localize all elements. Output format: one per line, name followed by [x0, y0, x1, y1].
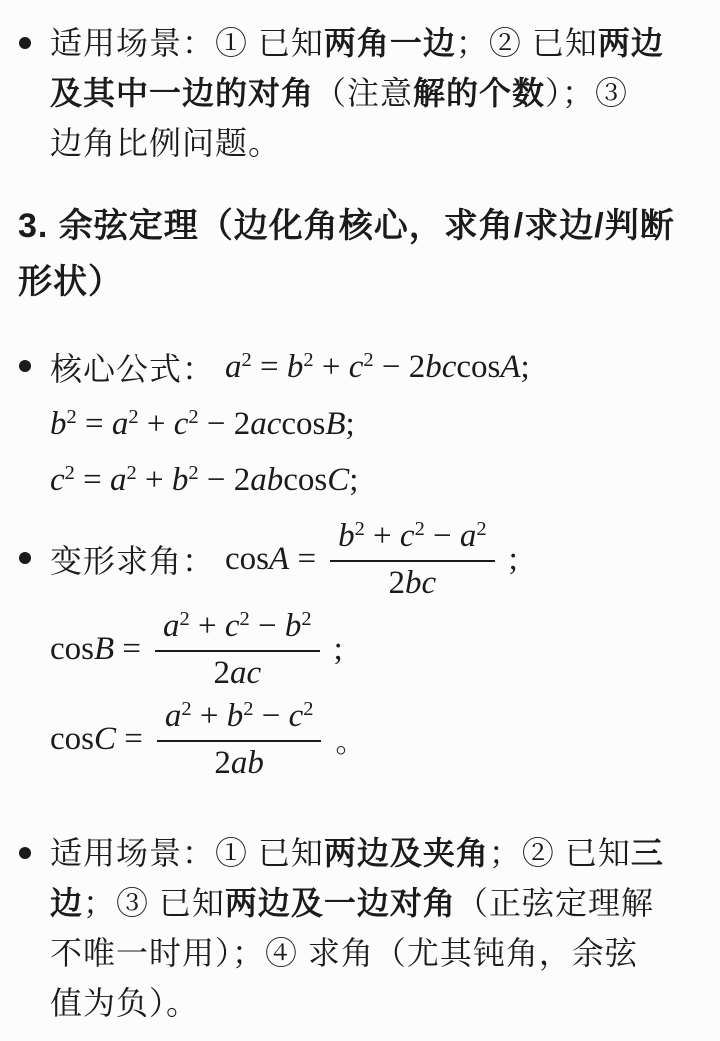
cos-a-fraction: b2 + c2 − a2 2bc: [330, 516, 495, 602]
text-segment: 适用场景：① 已知: [50, 25, 324, 61]
bullet-dot: [19, 552, 31, 564]
text-line: 适用场景：① 已知两角一边；② 已知两边: [50, 18, 720, 68]
bullet-cosine-usage: 适用场景：① 已知两边及夹角；② 已知三 边；③ 已知两边及一边对角（正弦定理解…: [0, 828, 720, 1028]
cos-b-fraction: a2 + c2 − b2 2ac: [155, 606, 320, 692]
sentence-end-mark: 。: [335, 717, 365, 761]
text-segment-bold: 两边及一边对角: [225, 885, 456, 921]
bullet-dot: [19, 360, 31, 372]
text-segment: ；② 已知: [489, 835, 631, 871]
fraction-denominator: 2bc: [389, 562, 437, 602]
fraction-denominator: 2ac: [214, 652, 262, 692]
text-segment: （注意: [314, 75, 413, 111]
bullet-core-formulas: 核心公式： a2 = b2 + c2 − 2bccosA; b2 = a2 + …: [0, 338, 720, 508]
formula-b-squared: b2 = a2 + c2 − 2accosB;: [50, 406, 355, 443]
text-line: 适用场景：① 已知两边及夹角；② 已知三: [50, 828, 720, 878]
text-segment-bold: 两边及夹角: [324, 835, 489, 871]
text-segment-bold: 三: [631, 835, 664, 871]
text-segment: （正弦定理解: [456, 885, 654, 921]
text-line: 边；③ 已知两边及一边对角（正弦定理解: [50, 878, 720, 928]
section-heading-cosine-rule: 3. 余弦定理（边化角核心，求角/求边/判断 形状）: [18, 198, 720, 310]
cos-a-row: 变形求角： cosA = b2 + c2 − a2 2bc ;: [50, 516, 720, 602]
core-formula-label: 核心公式：: [50, 344, 215, 390]
text-segment-bold: 两角一边: [324, 25, 456, 61]
text-segment: 边角比例问题。: [50, 125, 281, 161]
cos-b-lead: cosB =: [50, 631, 141, 668]
fraction-numerator: a2 + b2 − c2: [157, 696, 322, 742]
bullet-dot: [19, 37, 31, 49]
deform-label: 变形求角：: [50, 536, 215, 582]
heading-line: 3. 余弦定理（边化角核心，求角/求边/判断: [18, 198, 720, 254]
formula-separator: ;: [334, 631, 343, 668]
bullet-angle-forms: 变形求角： cosA = b2 + c2 − a2 2bc ; cosB = a…: [0, 516, 720, 782]
text-segment-bold: 边: [50, 885, 83, 921]
text-segment-bold: 解的个数: [413, 75, 545, 111]
formula-c-squared: c2 = a2 + b2 − 2abcosC;: [50, 462, 358, 499]
cos-c-fraction: a2 + b2 − c2 2ab: [157, 696, 322, 782]
text-segment: ）；③: [545, 75, 628, 111]
text-segment: 不唯一时用）；④ 求角（尤其钝角，余弦: [50, 935, 638, 971]
text-line: 不唯一时用）；④ 求角（尤其钝角，余弦: [50, 928, 720, 978]
text-line: 值为负）。: [50, 978, 720, 1028]
text-line: 及其中一边的对角（注意解的个数）；③: [50, 68, 720, 118]
text-segment: ；② 已知: [456, 25, 598, 61]
bullet-dot: [19, 847, 31, 859]
cos-c-lead: cosC =: [50, 721, 143, 758]
formula-a-squared: a2 = b2 + c2 − 2bccosA;: [225, 349, 530, 386]
formula-row-b: b2 = a2 + c2 − 2accosB;: [50, 396, 720, 452]
text-segment-bold: 两边: [598, 25, 664, 61]
cos-b-row: cosB = a2 + c2 − b2 2ac ;: [50, 606, 720, 692]
formula-row-c: c2 = a2 + b2 − 2abcosC;: [50, 452, 720, 508]
text-segment: 值为负）。: [50, 985, 199, 1021]
fraction-numerator: b2 + c2 − a2: [330, 516, 495, 562]
math-notes-page: 适用场景：① 已知两角一边；② 已知两边 及其中一边的对角（注意解的个数）；③ …: [0, 0, 720, 1041]
cos-c-row: cosC = a2 + b2 − c2 2ab 。: [50, 696, 720, 782]
bullet-sine-usage: 适用场景：① 已知两角一边；② 已知两边 及其中一边的对角（注意解的个数）；③ …: [0, 18, 720, 168]
formula-separator: ;: [509, 541, 518, 578]
text-segment: 适用场景：① 已知: [50, 835, 324, 871]
formula-row-a: 核心公式： a2 = b2 + c2 − 2bccosA;: [50, 338, 720, 396]
text-segment: ；③ 已知: [83, 885, 225, 921]
fraction-denominator: 2ab: [214, 742, 264, 782]
cos-a-lead: cosA =: [225, 541, 316, 578]
heading-line: 形状）: [18, 254, 720, 310]
fraction-numerator: a2 + c2 − b2: [155, 606, 320, 652]
text-line: 边角比例问题。: [50, 118, 720, 168]
text-segment-bold: 及其中一边的对角: [50, 75, 314, 111]
